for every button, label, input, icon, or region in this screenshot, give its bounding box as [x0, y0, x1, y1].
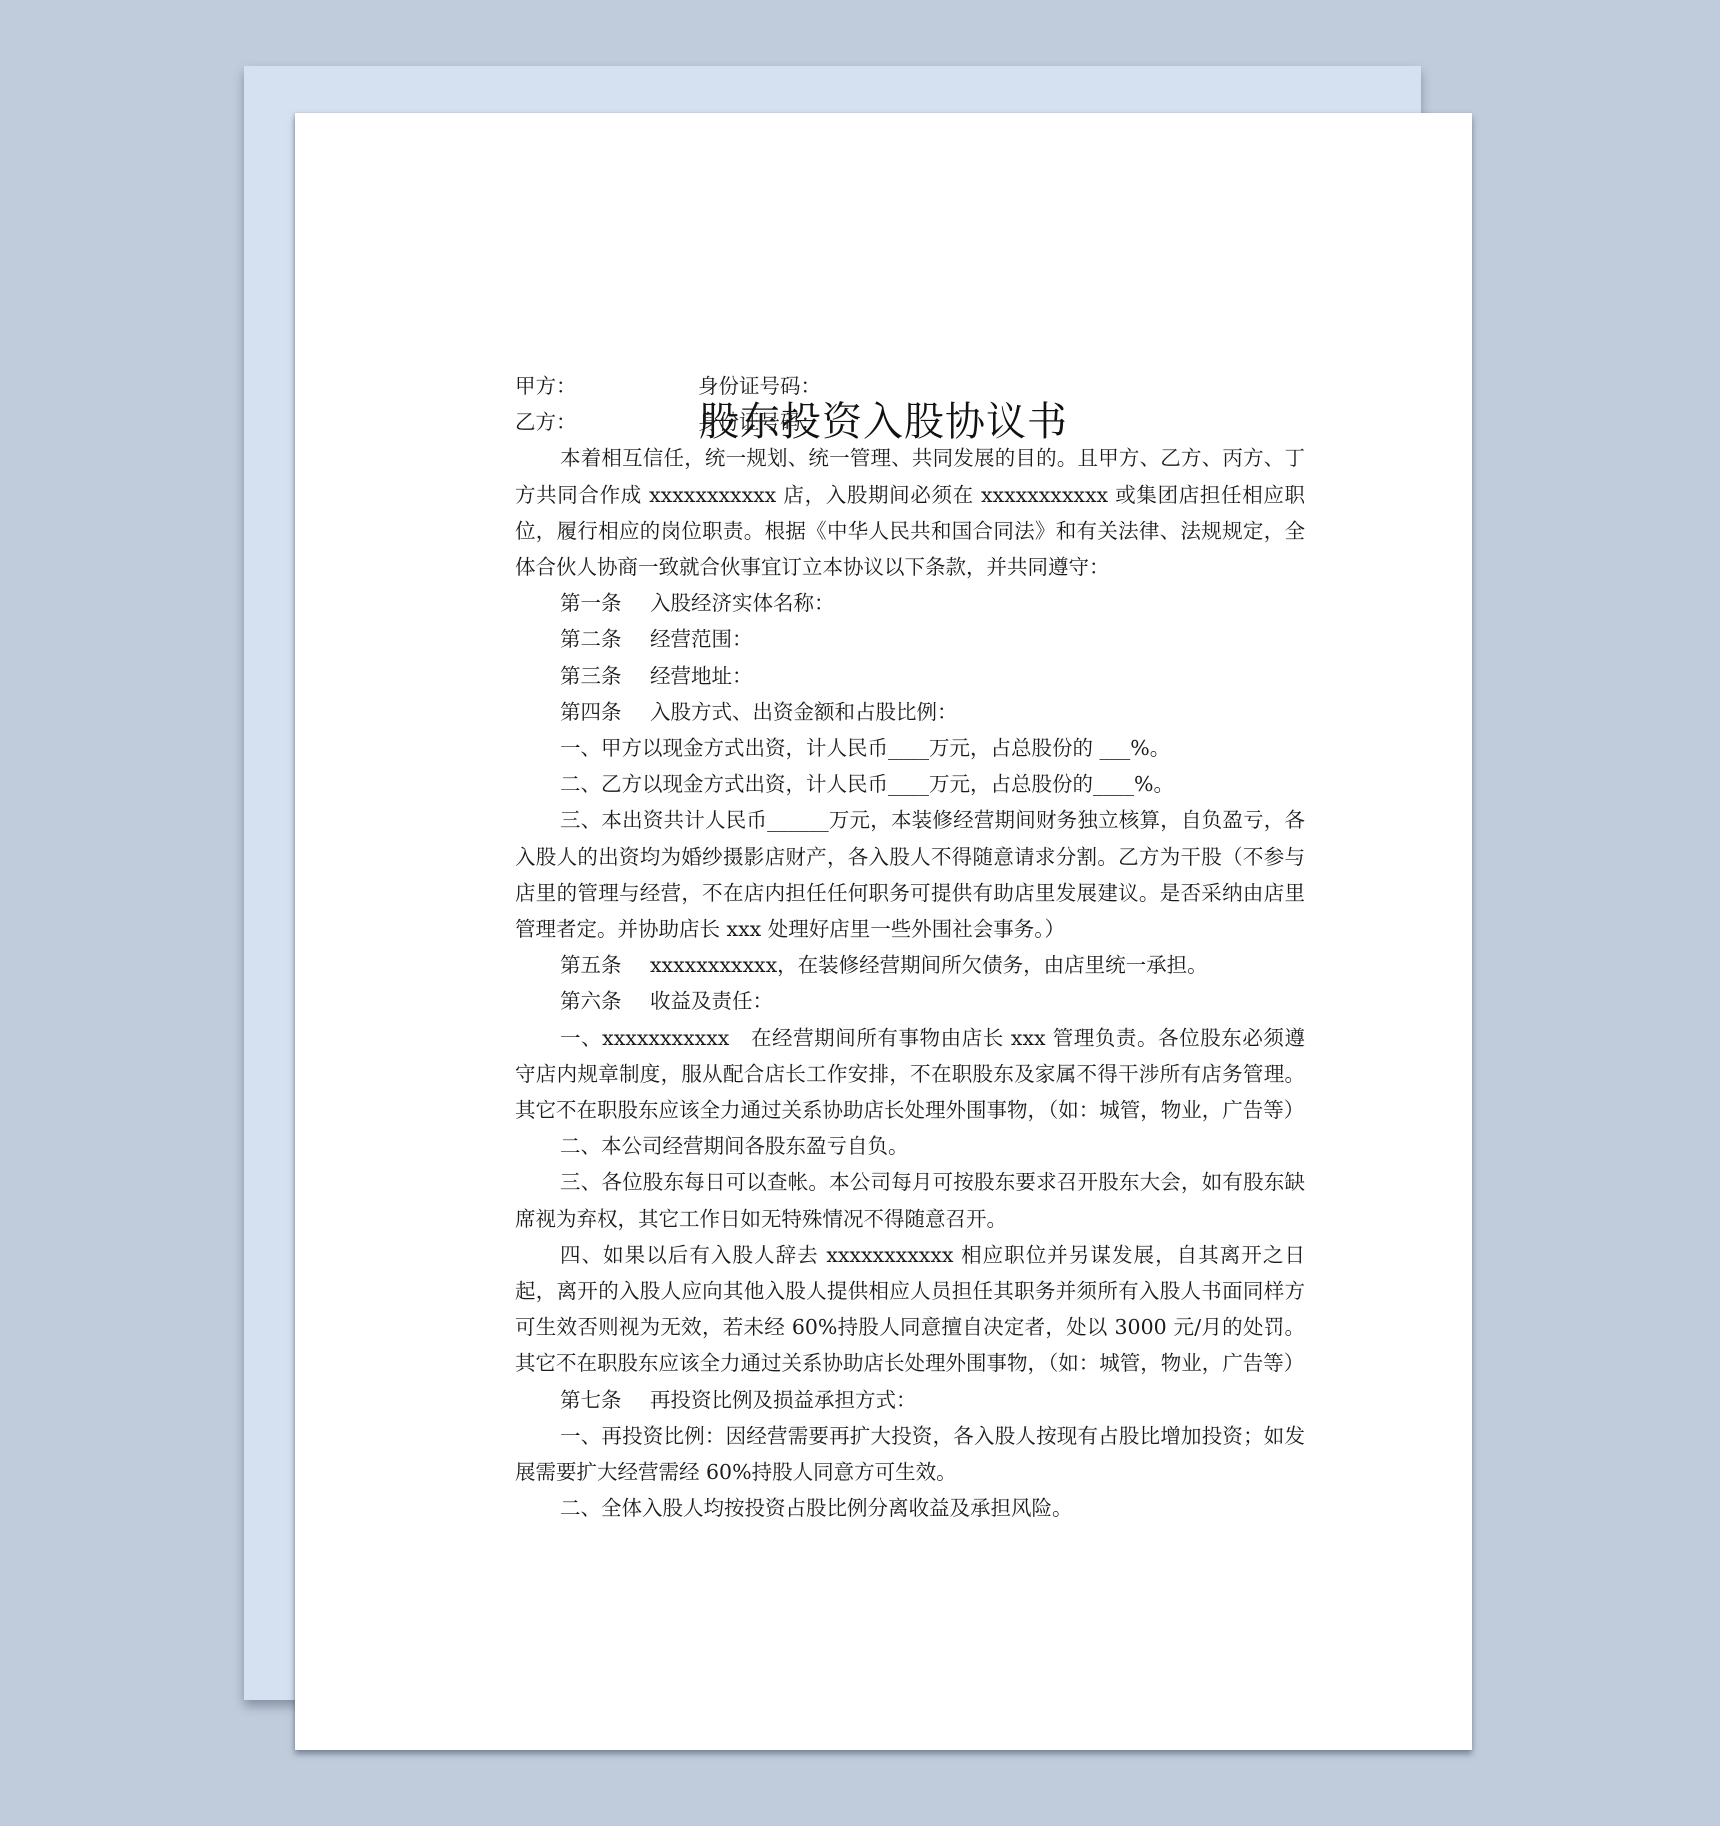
article-7-number: 第七条 [560, 1382, 650, 1418]
article-7: 第七条再投资比例及损益承担方式： [515, 1382, 1305, 1418]
article-6-text: 收益及责任： [650, 989, 773, 1013]
article-4-item-1: 一、甲方以现金方式出资，计人民币____万元，占总股份的 ___%。 [515, 730, 1305, 766]
article-6-item-4: 四、如果以后有入股人辞去 xxxxxxxxxxx 相应职位并另谋发展，自其离开之… [515, 1237, 1305, 1382]
article-7-item-2: 二、全体入股人均按投资占股比例分离收益及承担风险。 [515, 1490, 1305, 1526]
party-b-id-label: 身份证号码： [698, 404, 821, 440]
article-6: 第六条收益及责任： [515, 983, 1305, 1019]
article-1-text: 入股经济实体名称： [650, 591, 835, 615]
article-4-text: 入股方式、出资金额和占股比例： [650, 700, 958, 724]
party-b-label: 乙方： [515, 404, 577, 440]
document-body: 甲方： 身份证号码： 乙方： 身份证号码： 本着相互信任，统一规划、统一管理、共… [515, 368, 1305, 1526]
article-6-item-1: 一、xxxxxxxxxxx 在经营期间所有事物由店长 xxx 管理负责。各位股东… [515, 1020, 1305, 1129]
party-a-id-label: 身份证号码： [698, 368, 821, 404]
article-6-item-3: 三、各位股东每日可以查帐。本公司每月可按股东要求召开股东大会，如有股东缺席视为弃… [515, 1164, 1305, 1236]
article-1: 第一条入股经济实体名称： [515, 585, 1305, 621]
article-2: 第二条经营范围： [515, 621, 1305, 657]
party-a-line: 甲方： 身份证号码： [515, 368, 1305, 404]
article-5-number: 第五条 [560, 947, 650, 983]
preamble-paragraph: 本着相互信任，统一规划、统一管理、共同发展的目的。且甲方、乙方、丙方、丁方共同合… [515, 440, 1305, 585]
article-5-text: xxxxxxxxxxx，在装修经营期间所欠债务，由店里统一承担。 [650, 953, 1208, 977]
party-b-line: 乙方： 身份证号码： [515, 404, 1305, 440]
article-3: 第三条经营地址： [515, 658, 1305, 694]
article-7-text: 再投资比例及损益承担方式： [650, 1388, 917, 1412]
article-3-number: 第三条 [560, 658, 650, 694]
article-6-number: 第六条 [560, 983, 650, 1019]
article-3-text: 经营地址： [650, 664, 753, 688]
party-a-label: 甲方： [515, 368, 577, 404]
article-7-item-1: 一、再投资比例：因经营需要再扩大投资，各入股人按现有占股比增加投资；如发展需要扩… [515, 1418, 1305, 1490]
article-2-number: 第二条 [560, 621, 650, 657]
article-5: 第五条xxxxxxxxxxx，在装修经营期间所欠债务，由店里统一承担。 [515, 947, 1305, 983]
article-4-number: 第四条 [560, 694, 650, 730]
article-4-item-3: 三、本出资共计人民币______万元，本装修经营期间财务独立核算，自负盈亏，各入… [515, 802, 1305, 947]
article-4: 第四条入股方式、出资金额和占股比例： [515, 694, 1305, 730]
article-2-text: 经营范围： [650, 627, 753, 651]
article-1-number: 第一条 [560, 585, 650, 621]
article-6-item-2: 二、本公司经营期间各股东盈亏自负。 [515, 1128, 1305, 1164]
article-4-item-2: 二、乙方以现金方式出资，计人民币____万元，占总股份的____%。 [515, 766, 1305, 802]
